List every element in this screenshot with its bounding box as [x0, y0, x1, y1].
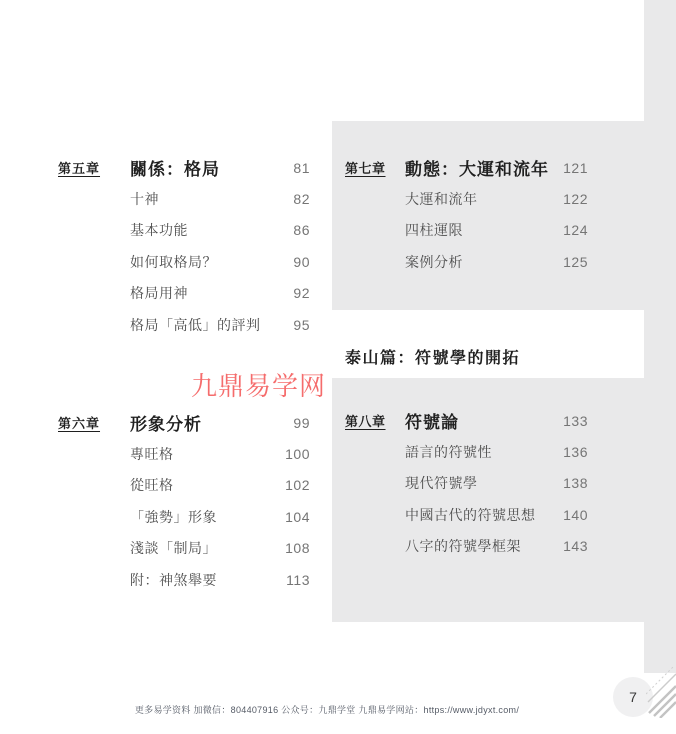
- chapter-label: 第七章: [345, 158, 405, 177]
- toc-row: 現代符號學 138: [345, 468, 588, 499]
- item-label: 八字的符號學框架: [405, 536, 521, 556]
- toc-section-ch7: 第七章 動態：大運和流年 121 大運和流年 122 四柱運限 124 案例分析…: [345, 152, 588, 278]
- toc-row: 從旺格 102: [58, 470, 310, 501]
- item-page-number: 92: [293, 285, 310, 301]
- item-page-number: 100: [285, 446, 310, 462]
- toc-row: 格局用神 92: [58, 278, 310, 309]
- item-page-number: 140: [563, 507, 588, 523]
- item-page-number: 124: [563, 222, 588, 238]
- toc-row: 大運和流年 122: [345, 183, 588, 214]
- item-label: 淺談「制局」: [130, 538, 217, 558]
- toc-row: 如何取格局？ 90: [58, 246, 310, 277]
- item-label: 案例分析: [405, 252, 463, 272]
- chapter-title: 形象分析: [130, 410, 202, 435]
- toc-row: 中國古代的符號思想 140: [345, 499, 588, 530]
- item-page-number: 113: [286, 572, 310, 588]
- item-page-number: 136: [563, 444, 588, 460]
- toc-row: 語言的符號性 136: [345, 436, 588, 467]
- item-page-number: 104: [285, 509, 310, 525]
- item-page-number: 125: [563, 254, 588, 270]
- toc-row: 淺談「制局」 108: [58, 533, 310, 564]
- toc-section-ch5: 第五章 關係：格局 81 十神 82 基本功能 86 如何取格局？ 90 格局用…: [58, 152, 310, 340]
- chapter-page-number: 121: [563, 160, 588, 176]
- chapter-page-number: 99: [293, 415, 310, 431]
- item-page-number: 122: [563, 191, 588, 207]
- toc-row: 四柱運限 124: [345, 215, 588, 246]
- toc-row: 專旺格 100: [58, 438, 310, 469]
- toc-row: 附：神煞舉要 113: [58, 564, 310, 595]
- item-label: 從旺格: [130, 475, 174, 495]
- item-page-number: 138: [563, 475, 588, 491]
- page-fold-icon: [646, 642, 676, 718]
- toc-section-ch6: 第六章 形象分析 99 專旺格 100 從旺格 102 「強勢」形象 104 淺…: [58, 407, 310, 595]
- item-label: 現代符號學: [405, 473, 478, 493]
- toc-row: 格局「高低」的評判 95: [58, 309, 310, 340]
- toc-row: 八字的符號學框架 143: [345, 531, 588, 562]
- item-page-number: 82: [293, 191, 310, 207]
- item-label: 如何取格局？: [130, 252, 217, 272]
- item-page-number: 102: [285, 477, 310, 493]
- item-page-number: 143: [563, 538, 588, 554]
- chapter-title: 關係：格局: [130, 155, 220, 180]
- watermark: 九鼎易学网: [191, 366, 326, 403]
- toc-section-ch8: 第八章 符號論 133 語言的符號性 136 現代符號學 138 中國古代的符號…: [345, 405, 588, 562]
- footer-text: 更多易学资料 加微信：804407916 公众号：九鼎学堂 九鼎易学网站：htt…: [0, 703, 676, 716]
- toc-row: 第八章 符號論 133: [345, 405, 588, 436]
- page-number: 7: [629, 689, 637, 705]
- toc-row: 十神 82: [58, 183, 310, 214]
- item-label: 大運和流年: [405, 189, 478, 209]
- toc-row: 基本功能 86: [58, 215, 310, 246]
- item-label: 基本功能: [130, 220, 188, 240]
- item-page-number: 90: [293, 254, 310, 270]
- item-label: 格局「高低」的評判: [130, 315, 261, 335]
- chapter-title: 符號論: [405, 408, 459, 433]
- chapter-label: 第八章: [345, 411, 405, 430]
- item-page-number: 86: [293, 222, 310, 238]
- item-label: 四柱運限: [405, 220, 463, 240]
- chapter-label: 第五章: [58, 158, 130, 177]
- item-label: 附：神煞舉要: [130, 570, 217, 590]
- chapter-title: 動態：大運和流年: [405, 155, 549, 180]
- toc-row: 第六章 形象分析 99: [58, 407, 310, 438]
- toc-row: 「強勢」形象 104: [58, 501, 310, 532]
- toc-row: 第七章 動態：大運和流年 121: [345, 152, 588, 183]
- toc-row: 案例分析 125: [345, 246, 588, 277]
- book-toc-page: 第五章 關係：格局 81 十神 82 基本功能 86 如何取格局？ 90 格局用…: [0, 0, 676, 734]
- toc-row: 第五章 關係：格局 81: [58, 152, 310, 183]
- chapter-label: 第六章: [58, 413, 130, 432]
- part-title: 泰山篇：符號學的開拓: [345, 345, 520, 368]
- item-label: 中國古代的符號思想: [405, 505, 536, 525]
- chapter-page-number: 81: [293, 160, 310, 176]
- item-label: 語言的符號性: [405, 442, 492, 462]
- item-label: 專旺格: [130, 444, 174, 464]
- item-page-number: 108: [285, 540, 310, 556]
- item-label: 十神: [130, 189, 159, 209]
- item-label: 格局用神: [130, 283, 188, 303]
- item-label: 「強勢」形象: [130, 507, 217, 527]
- chapter-page-number: 133: [563, 413, 588, 429]
- item-page-number: 95: [293, 317, 310, 333]
